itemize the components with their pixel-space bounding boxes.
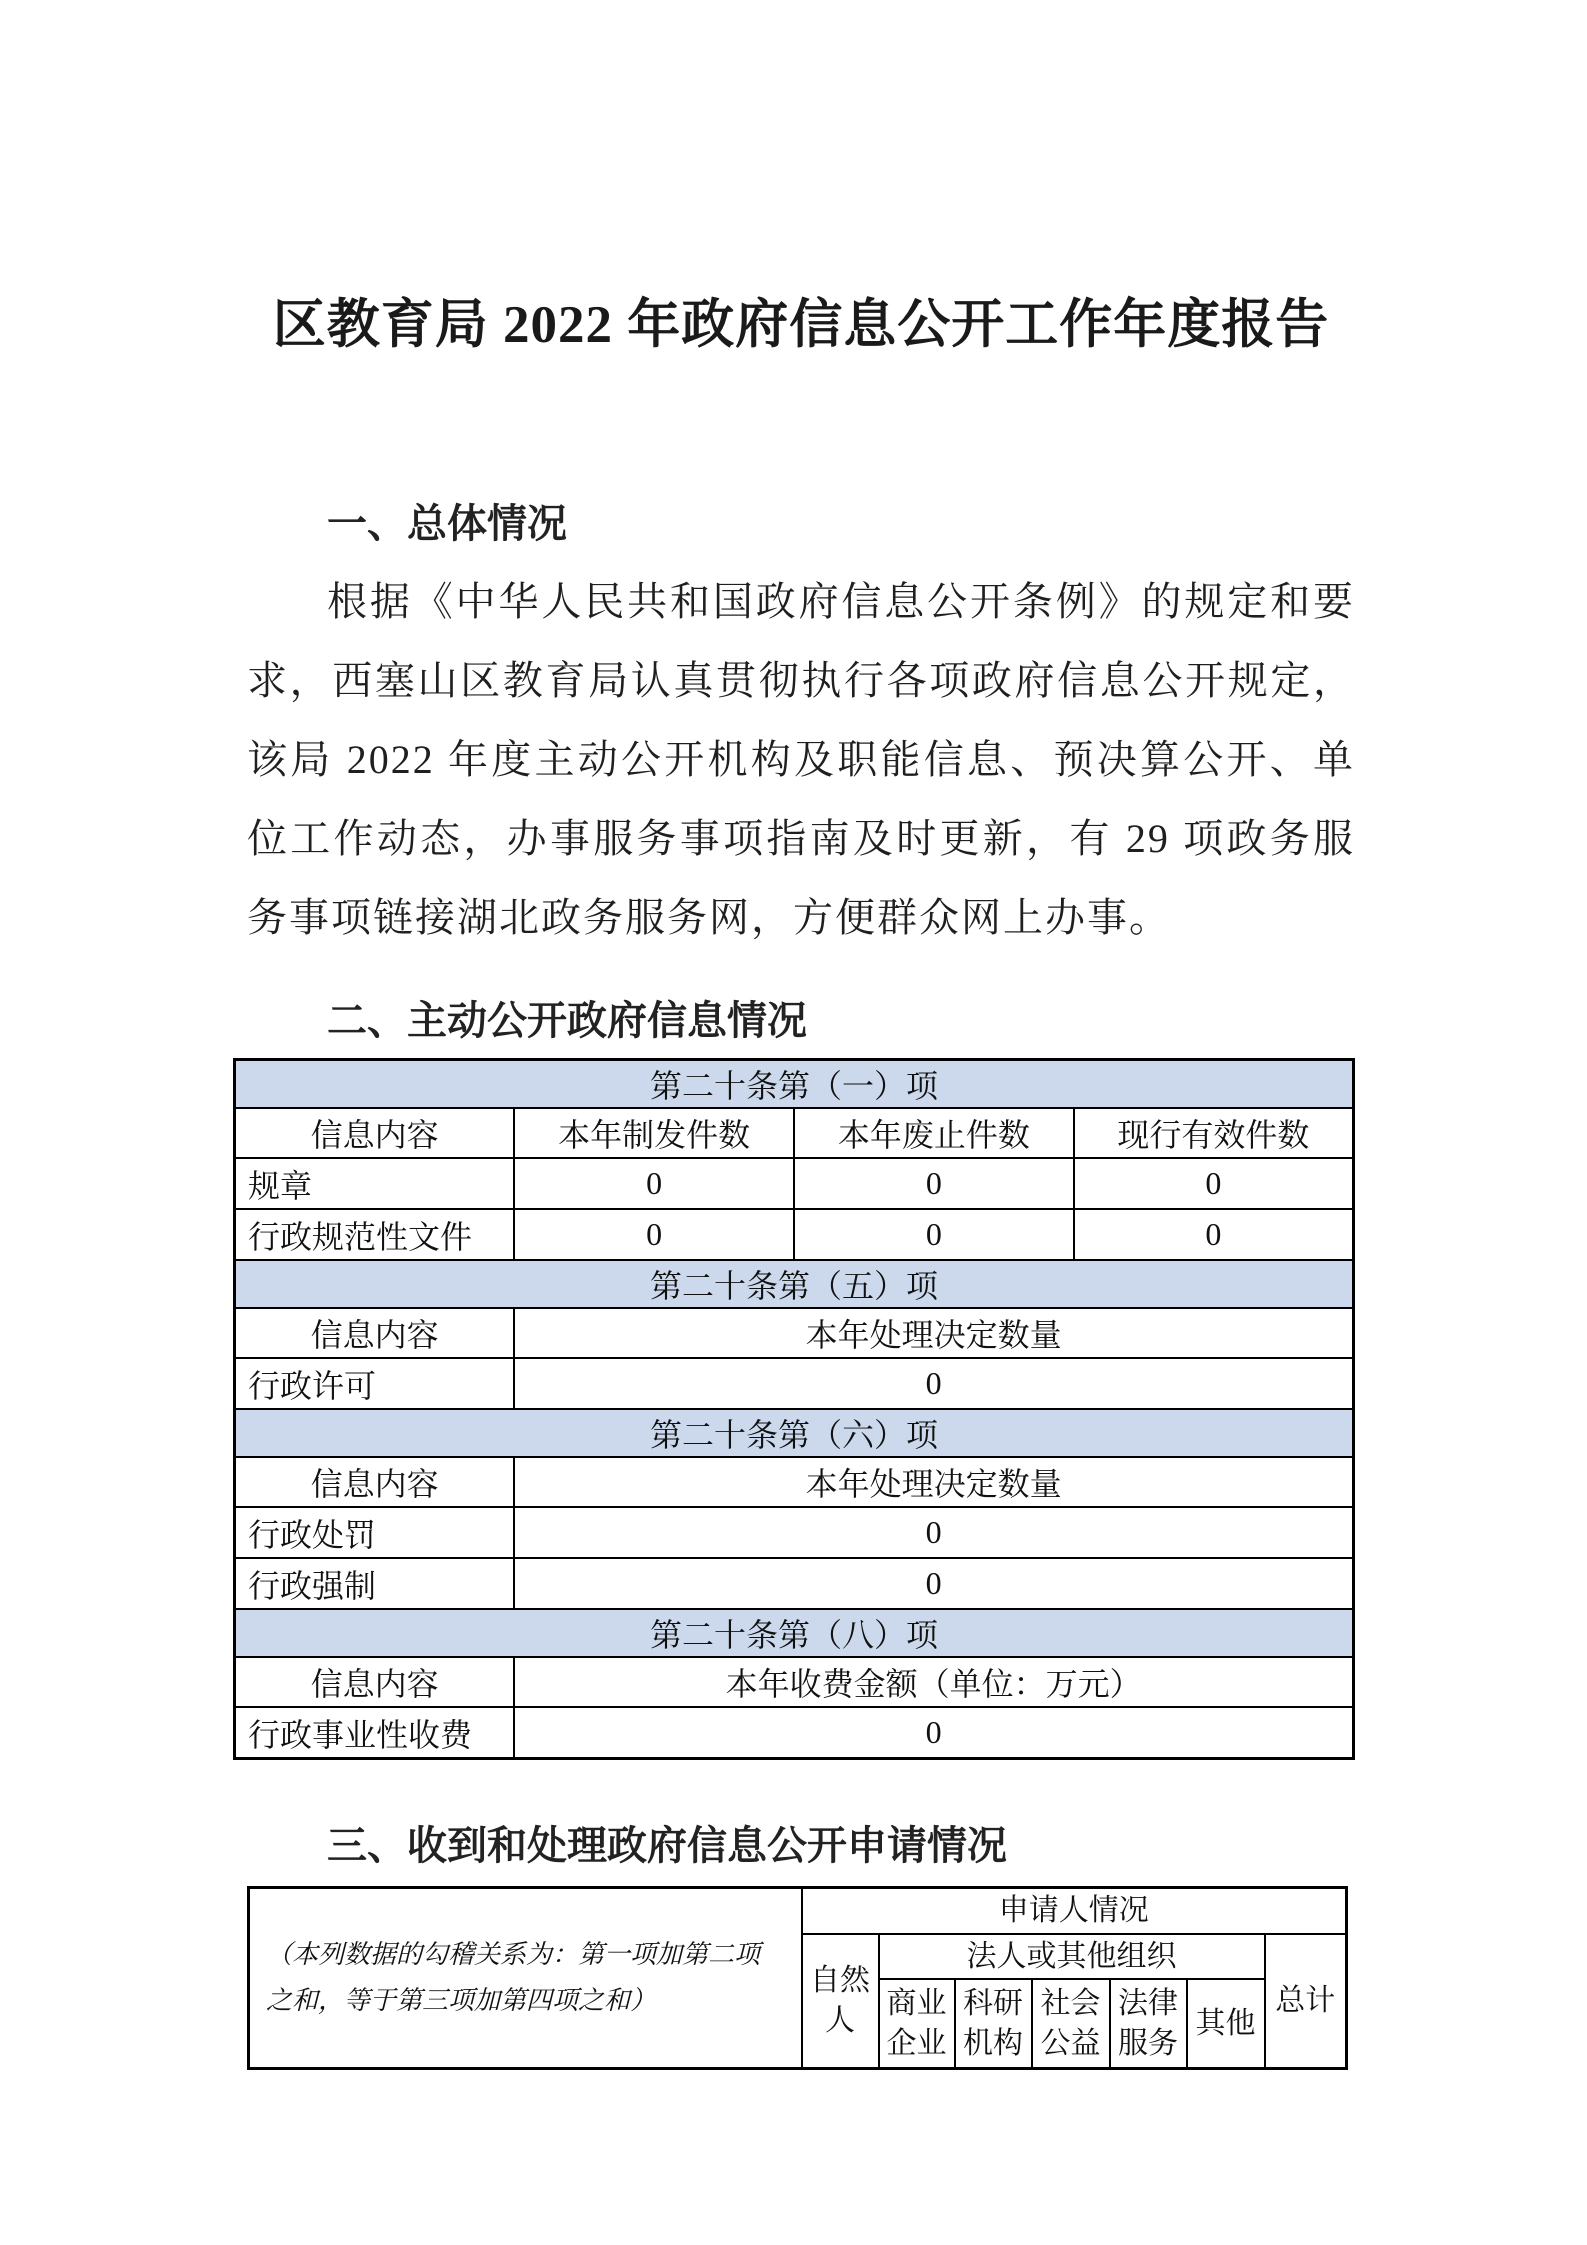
section-3-heading: 三、收到和处理政府信息公开申请情况 <box>247 1822 1355 1870</box>
table1-data-row: 规章 0 0 0 <box>235 1158 1354 1209</box>
legal-subcol-cell: 社会公益 <box>1032 1979 1110 2069</box>
document-title: 区教育局 2022 年政府信息公开工作年度报告 <box>247 0 1355 360</box>
section-1-paragraph: 根据《中华人民共和国政府信息公开条例》的规定和要求，西塞山区教育局认真贯彻执行各… <box>247 562 1355 957</box>
table1-header-cell: 现行有效件数 <box>1074 1108 1354 1158</box>
table1-header-cell: 信息内容 <box>235 1108 515 1158</box>
value-cell: 0 <box>514 1707 1353 1759</box>
table1-band-row: 第二十条第（五）项 <box>235 1260 1354 1308</box>
legal-group-cell: 法人或其他组织 <box>879 1934 1265 1979</box>
legal-subcol-cell: 法律服务 <box>1110 1979 1187 2069</box>
table1-band-row: 第二十条第（八）项 <box>235 1609 1354 1657</box>
value-cell: 0 <box>514 1558 1353 1609</box>
table1-band-item5: 第二十条第（五）项 <box>235 1260 1354 1308</box>
value-cell: 0 <box>514 1507 1353 1558</box>
table1-band-row: 第二十条第（一）项 <box>235 1060 1354 1109</box>
value-cell: 0 <box>1074 1209 1354 1260</box>
row-label-cell: 行政规范性文件 <box>235 1209 515 1260</box>
table1-header-cell: 本年处理决定数量 <box>514 1308 1353 1358</box>
value-cell: 0 <box>1074 1158 1354 1209</box>
table1-band-item8: 第二十条第（八）项 <box>235 1609 1354 1657</box>
legal-subcol-cell: 商业企业 <box>879 1979 955 2069</box>
table1-header-row: 信息内容 本年制发件数 本年废止件数 现行有效件数 <box>235 1108 1354 1158</box>
table1-header-row: 信息内容 本年处理决定数量 <box>235 1457 1354 1507</box>
row-label-cell: 行政事业性收费 <box>235 1707 515 1759</box>
document-content: 区教育局 2022 年政府信息公开工作年度报告 一、总体情况 根据《中华人民共和… <box>0 0 1355 2070</box>
table1-header-cell: 本年废止件数 <box>794 1108 1074 1158</box>
total-cell: 总计 <box>1265 1934 1347 2069</box>
table1-band-item1: 第二十条第（一）项 <box>235 1060 1354 1109</box>
applicant-header-cell: 申请人情况 <box>802 1888 1347 1935</box>
table1-data-row: 行政许可 0 <box>235 1358 1354 1409</box>
table1-header-cell: 信息内容 <box>235 1457 515 1507</box>
value-cell: 0 <box>514 1358 1353 1409</box>
table1-header-cell: 本年收费金额（单位：万元） <box>514 1657 1353 1707</box>
table1-band-item6: 第二十条第（六）项 <box>235 1409 1354 1457</box>
table1-header-row: 信息内容 本年收费金额（单位：万元） <box>235 1657 1354 1707</box>
value-cell: 0 <box>514 1209 794 1260</box>
value-cell: 0 <box>514 1158 794 1209</box>
section-1-heading: 一、总体情况 <box>247 500 1355 548</box>
table1-data-row: 行政事业性收费 0 <box>235 1707 1354 1759</box>
table2-header-row-1: （本列数据的勾稽关系为：第一项加第二项之和，等于第三项加第四项之和） 申请人情况 <box>249 1888 1347 1935</box>
table1-band-row: 第二十条第（六）项 <box>235 1409 1354 1457</box>
section-2-heading: 二、主动公开政府信息情况 <box>247 997 1355 1045</box>
row-label-cell: 行政许可 <box>235 1358 515 1409</box>
value-cell: 0 <box>794 1158 1074 1209</box>
table1-header-cell: 本年制发件数 <box>514 1108 794 1158</box>
proactive-disclosure-table: 第二十条第（一）项 信息内容 本年制发件数 本年废止件数 现行有效件数 规章 0… <box>233 1058 1355 1760</box>
document-page: 区教育局 2022 年政府信息公开工作年度报告 一、总体情况 根据《中华人民共和… <box>0 0 1587 2245</box>
table1-data-row: 行政规范性文件 0 0 0 <box>235 1209 1354 1260</box>
table1-data-row: 行政处罚 0 <box>235 1507 1354 1558</box>
row-label-cell: 行政强制 <box>235 1558 515 1609</box>
row-label-cell: 规章 <box>235 1158 515 1209</box>
table1-header-cell: 信息内容 <box>235 1308 515 1358</box>
table1-header-cell: 信息内容 <box>235 1657 515 1707</box>
table2-note-cell: （本列数据的勾稽关系为：第一项加第二项之和，等于第三项加第四项之和） <box>249 1888 802 2069</box>
table1-header-cell: 本年处理决定数量 <box>514 1457 1353 1507</box>
natural-person-cell: 自然人 <box>802 1934 879 2069</box>
table1-data-row: 行政强制 0 <box>235 1558 1354 1609</box>
value-cell: 0 <box>794 1209 1074 1260</box>
legal-subcol-cell: 其他 <box>1187 1979 1265 2069</box>
applications-table: （本列数据的勾稽关系为：第一项加第二项之和，等于第三项加第四项之和） 申请人情况… <box>247 1886 1348 2070</box>
row-label-cell: 行政处罚 <box>235 1507 515 1558</box>
table1-header-row: 信息内容 本年处理决定数量 <box>235 1308 1354 1358</box>
legal-subcol-cell: 科研机构 <box>955 1979 1032 2069</box>
